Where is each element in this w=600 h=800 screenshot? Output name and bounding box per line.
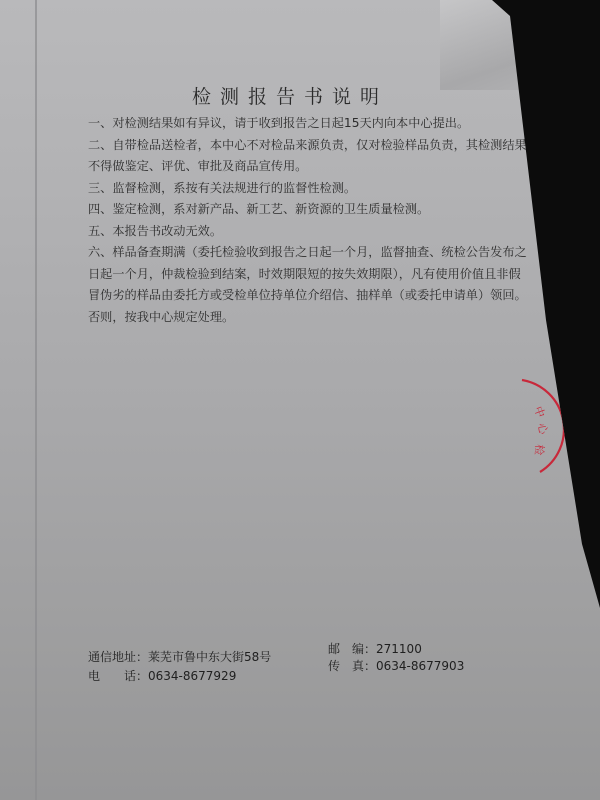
phone-label: 电 话：	[88, 667, 148, 684]
phone-line: 电 话：0634-8677929	[88, 667, 236, 684]
item-5: 五、本报告书改动无效。	[88, 221, 528, 243]
fax-value: 0634-8677903	[376, 659, 464, 673]
item-4: 四、鉴定检测，系对新产品、新工艺、新资源的卫生质量检测。	[88, 199, 528, 221]
postcode-value: 271100	[376, 642, 422, 656]
item-6: 六、样品备查期满（委托检验收到报告之日起一个月，监督抽查、统检公告发布之日起一个…	[88, 242, 528, 328]
red-seal-stamp-icon: 中 心 检	[500, 378, 572, 474]
document-page: 检测报告书说明 一、对检测结果如有异议，请于收到报告之日起15天内向本中心提出。…	[0, 0, 600, 800]
address-line: 通信地址：莱芜市鲁中东大街58号	[88, 648, 271, 665]
svg-text:检: 检	[532, 444, 547, 456]
paper-edge	[35, 0, 37, 800]
svg-text:心: 心	[535, 422, 550, 436]
document-body: 一、对检测结果如有异议，请于收到报告之日起15天内向本中心提出。 二、自带检品送…	[88, 113, 528, 328]
address-label: 通信地址：	[88, 648, 148, 665]
item-3: 三、监督检测，系按有关法规进行的监督性检测。	[88, 178, 528, 200]
fax-line: 传 真：0634-8677903	[328, 657, 464, 674]
item-2: 二、自带检品送检者，本中心不对检品来源负责，仅对检验样品负责，其检测结果不得做鉴…	[88, 135, 528, 178]
address-value: 莱芜市鲁中东大街58号	[148, 650, 271, 664]
svg-text:中: 中	[531, 404, 548, 419]
postcode-label: 邮 编：	[328, 640, 376, 657]
postcode-line: 邮 编：271100	[328, 640, 422, 657]
fax-label: 传 真：	[328, 657, 376, 674]
paper-fold	[440, 0, 600, 90]
item-1: 一、对检测结果如有异议，请于收到报告之日起15天内向本中心提出。	[88, 113, 528, 135]
phone-value: 0634-8677929	[148, 669, 236, 683]
document-title: 检测报告书说明	[0, 82, 580, 109]
